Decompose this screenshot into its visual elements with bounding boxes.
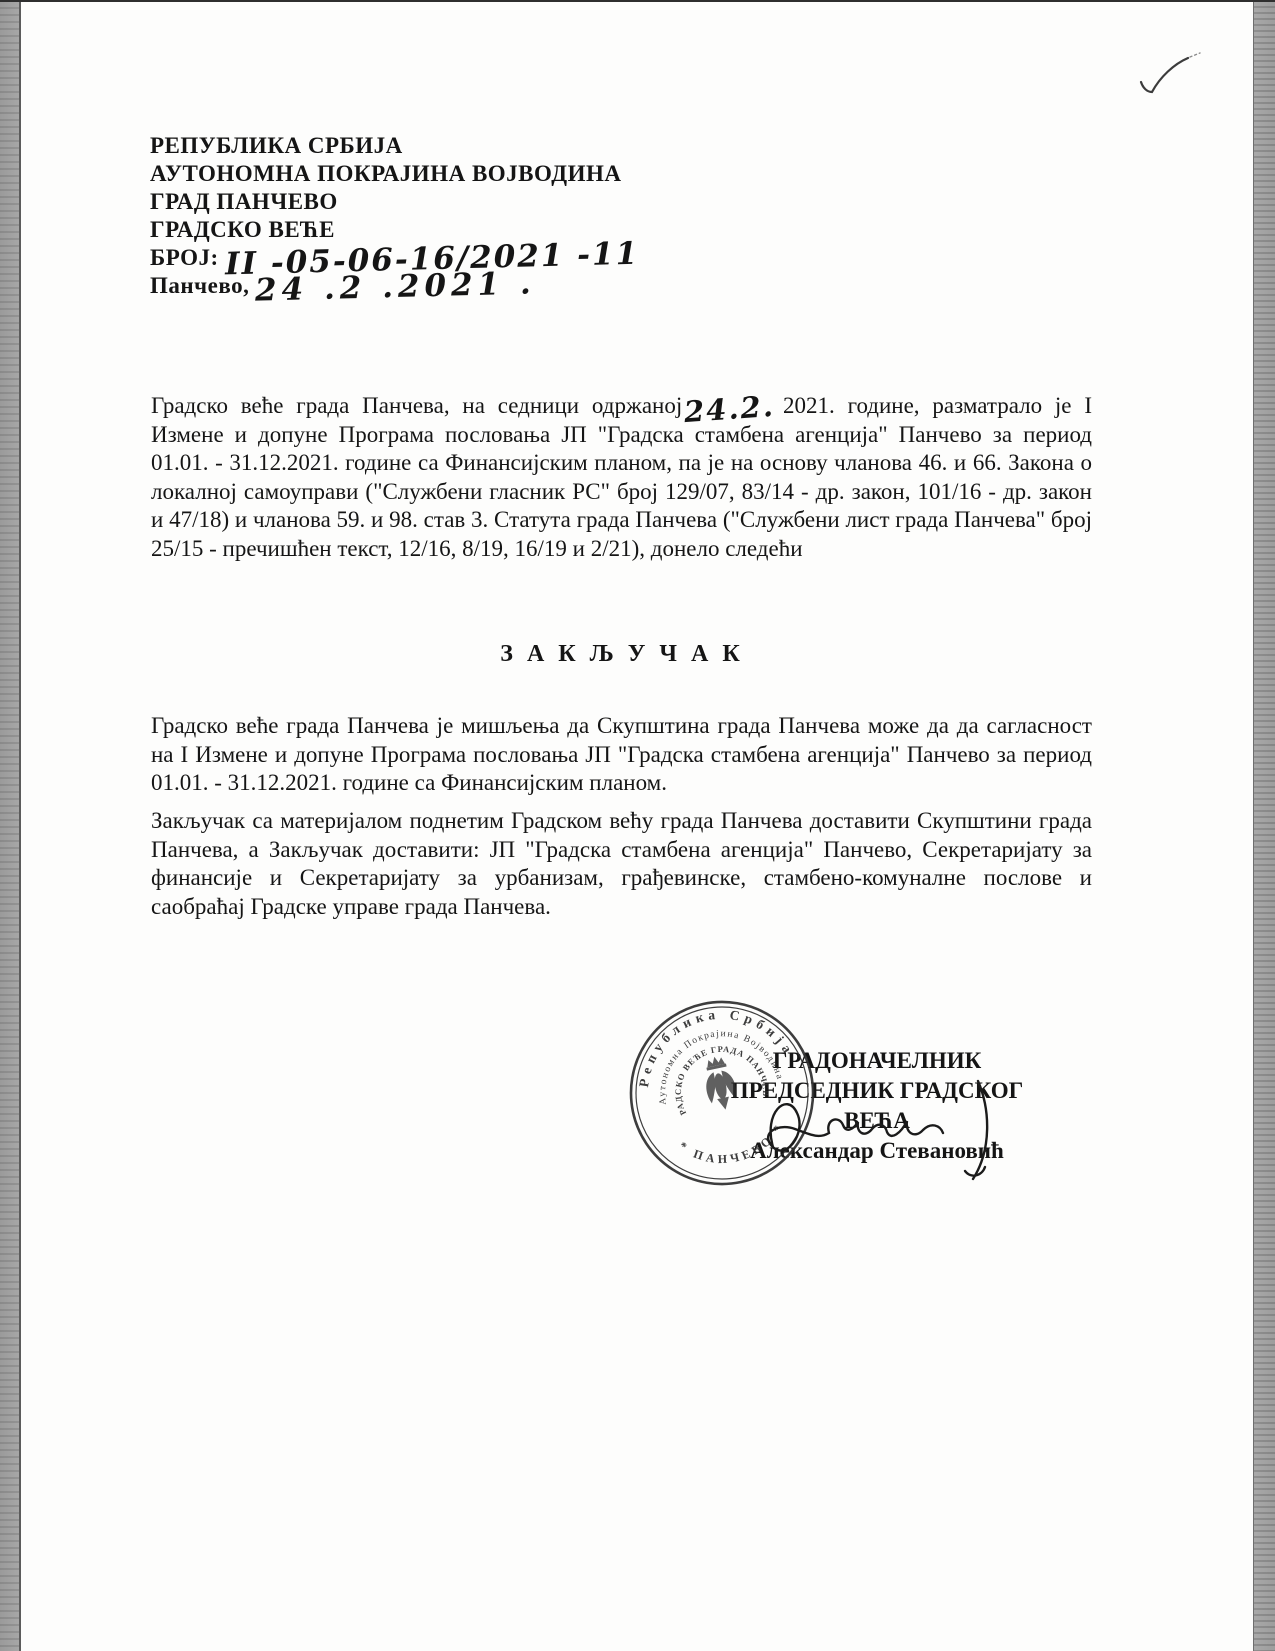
scan-edge-left bbox=[0, 0, 21, 1651]
document-date-line: Панчево,24 .2 .2021 . bbox=[150, 272, 850, 300]
letterhead-province: АУТОНОМНА ПОКРАЈИНА ВОЈВОДИНА bbox=[150, 160, 850, 188]
letterhead-republic: РЕПУБЛИКА СРБИЈА bbox=[150, 132, 850, 160]
scan-edge-right bbox=[1253, 0, 1275, 1651]
conclusion-paragraph-1: Градско веће града Панчева је мишљења да… bbox=[151, 712, 1092, 798]
letterhead: РЕПУБЛИКА СРБИЈА АУТОНОМНА ПОКРАЈИНА ВОЈ… bbox=[150, 132, 850, 300]
conclusion-paragraph-2: Закључак са материјалом поднетим Градско… bbox=[151, 807, 1092, 921]
handwritten-signature bbox=[745, 1075, 1015, 1190]
document-date-handwritten: 24 .2 .2021 . bbox=[255, 270, 536, 303]
intro-text-before-date: Градско веће града Панчева, на седници о… bbox=[151, 393, 682, 418]
session-date-handwritten: 24.2. bbox=[684, 406, 775, 412]
intro-text-after-date: 2021. године, разматрало је I Измене и д… bbox=[151, 393, 1092, 561]
intro-paragraph: Градско веће града Панчева, на седници о… bbox=[151, 392, 1092, 563]
document-title: З А К Љ У Ч А К bbox=[152, 641, 1092, 668]
scan-edge-top bbox=[0, 0, 1275, 2]
letterhead-city: ГРАД ПАНЧЕВО bbox=[150, 188, 850, 216]
scanned-document-page: РЕПУБЛИКА СРБИЈА АУТОНОМНА ПОКРАЈИНА ВОЈ… bbox=[0, 0, 1275, 1651]
coat-of-arms-emblem bbox=[700, 1054, 740, 1113]
handwritten-checkmark-icon bbox=[1133, 52, 1213, 107]
document-number-label: БРОЈ: bbox=[150, 245, 219, 270]
